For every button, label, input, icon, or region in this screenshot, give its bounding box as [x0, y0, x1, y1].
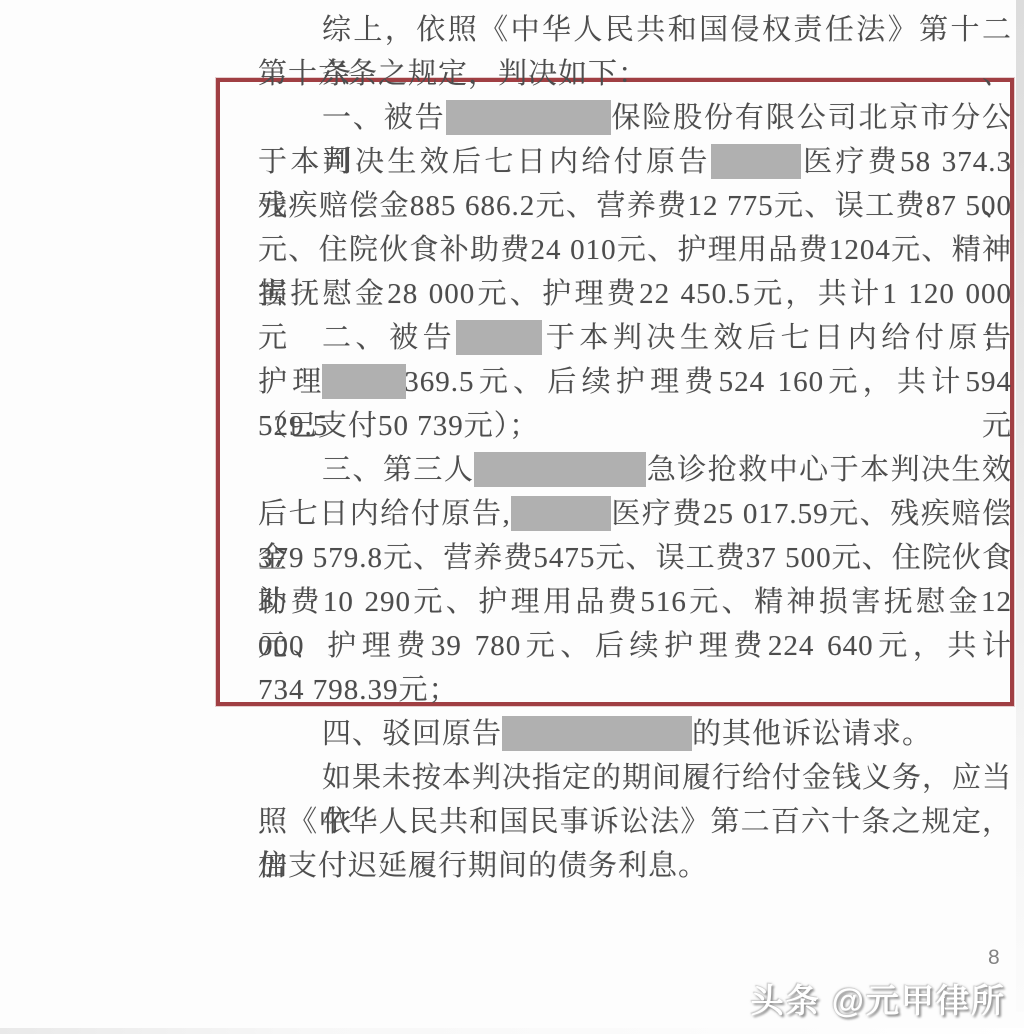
scanned-judgment-page: 综上，依照《中华人民共和国侵权责任法》第十二条、第十六条之规定，判决如下：一、被… [0, 0, 1024, 1034]
text-line: 四、驳回原告的其他诉讼请求。 [258, 712, 1012, 756]
scan-edge-bottom [0, 1028, 1024, 1034]
redaction-box [511, 496, 611, 531]
text-segment: 二、被告 [322, 322, 456, 354]
text-segment: 三、第三人 [322, 454, 474, 486]
text-line: 害抚慰金28 000元、护理费22 450.5元，共计1 120 000元； [258, 272, 1012, 316]
text-line: 倍支付迟延履行期间的债务利息。 [258, 844, 1012, 888]
page-number: 8 [988, 946, 1000, 970]
redaction-box [446, 100, 611, 135]
redaction-box [322, 364, 406, 399]
judgment-text: 综上，依照《中华人民共和国侵权责任法》第十二条、第十六条之规定，判决如下：一、被… [258, 8, 1012, 888]
text-line: 379 579.8元、营养费5475元、误工费37 500元、住院伙食补 [258, 536, 1012, 580]
redaction-box [711, 144, 801, 179]
text-line: 元、住院伙食补助费24 010元、护理用品费1204元、精神损 [258, 228, 1012, 272]
text-segment: 第十六条之规定，判决如下： [258, 58, 648, 90]
text-segment: 残疾赔偿金885 686.2元、营养费12 775元、误工费87 500 [258, 190, 1012, 222]
text-segment: 734 798.39元； [258, 674, 459, 706]
text-segment: （已支付50 739元）； [258, 410, 539, 442]
text-segment: 一、被告 [322, 102, 446, 134]
text-line: 二、被告于本判决生效后七日内给付原告 [258, 316, 1012, 360]
text-line: 一、被告保险股份有限公司北京市分公司 [258, 96, 1012, 140]
text-line: 残疾赔偿金885 686.2元、营养费12 775元、误工费87 500 [258, 184, 1012, 228]
text-line: 后七日内给付原告,医疗费25 017.59元、残疾赔偿金 [258, 492, 1012, 536]
text-segment: 后七日内给付原告, [258, 498, 511, 530]
text-segment: 于本判决生效后七日内给付原告 [542, 322, 1012, 354]
scan-edge-right [1016, 0, 1024, 1012]
watermark-toutiao-yuanjia: 头条 @元甲律所 [751, 975, 1006, 1022]
text-segment: 元、护理费39 780元、后续护理费224 640元，共计 [258, 630, 1012, 662]
text-line: 如果未按本判决指定的期间履行给付金钱义务，应当依 [258, 756, 1012, 800]
text-segment: 于本判决生效后七日内给付原告 [258, 146, 711, 178]
text-line: 734 798.39元； [258, 668, 1012, 712]
text-segment: 四、驳回原告 [322, 718, 502, 750]
text-line: 元、护理费39 780元、后续护理费224 640元，共计 [258, 624, 1012, 668]
redaction-box [456, 320, 542, 355]
text-line: 照《中华人民共和国民事诉讼法》第二百六十条之规定，加 [258, 800, 1012, 844]
text-line: 于本判决生效后七日内给付原告医疗费58 374.3元、 [258, 140, 1012, 184]
text-segment: 倍支付迟延履行期间的债务利息。 [258, 850, 708, 882]
redaction-box [474, 452, 646, 487]
text-segment: 的其他诉讼请求。 [692, 718, 932, 750]
text-line: 助费10 290元、护理用品费516元、精神损害抚慰金12 000 [258, 580, 1012, 624]
redaction-box [502, 716, 692, 751]
text-line: 三、第三人急诊抢救中心于本判决生效 [258, 448, 1012, 492]
text-segment: 急诊抢救中心于本判决生效 [646, 454, 1012, 486]
text-line: 综上，依照《中华人民共和国侵权责任法》第十二条、 [258, 8, 1012, 52]
